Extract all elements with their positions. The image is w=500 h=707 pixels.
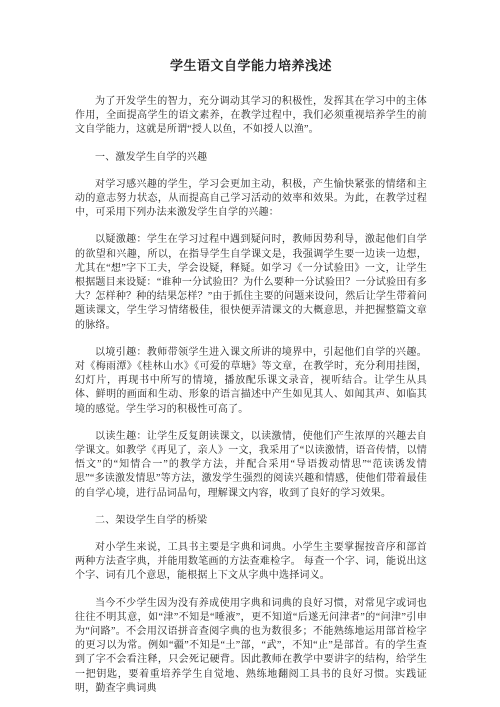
paragraph-yiyi-jiqu: 以疑激趣：学生在学习过程中遇到疑问时，教师因势利导，激起他们自学的欲望和兴趣，所… [75,233,427,332]
document-title: 学生语文自学能力培养浅述 [75,58,427,75]
paragraph-yijing-yinqu: 以境引趣：教师带领学生进入课文所讲的境界中，引起他们自学的兴趣。对《梅雨潭》《桂… [75,346,427,417]
paragraph-dictionary-habits: 当今不少学生因为没有养成使用字典和词典的良好习惯，对常见字或词也往往不明其意，如… [75,597,427,696]
section-heading-2: 二、架设学生自学的桥梁 [75,514,427,528]
document-page: 学生语文自学能力培养浅述 为了开发学生的智力，充分调动其学习的积极性，发挥其在学… [0,0,500,707]
paragraph-yidu-shengqu: 以读生趣：让学生反复朗读课文，以读激情，使他们产生浓厚的兴趣去自学课文。如教学《… [75,430,427,501]
section-heading-1: 一、激发学生自学的兴趣 [75,151,427,165]
paragraph-dictionary-methods: 对小学生来说，工具书主要是字典和词典。小学生主要掌握按音序和部首两种方法查字典，… [75,541,427,584]
paragraph-interest-intro: 对学习感兴趣的学生，学习会更加主动，积极，产生愉快紧张的情绪和主动的意志努力状态… [75,178,427,221]
paragraph-intro: 为了开发学生的智力，充分调动其学习的积极性，发挥其在学习中的主体作用，全面提高学… [75,95,427,138]
